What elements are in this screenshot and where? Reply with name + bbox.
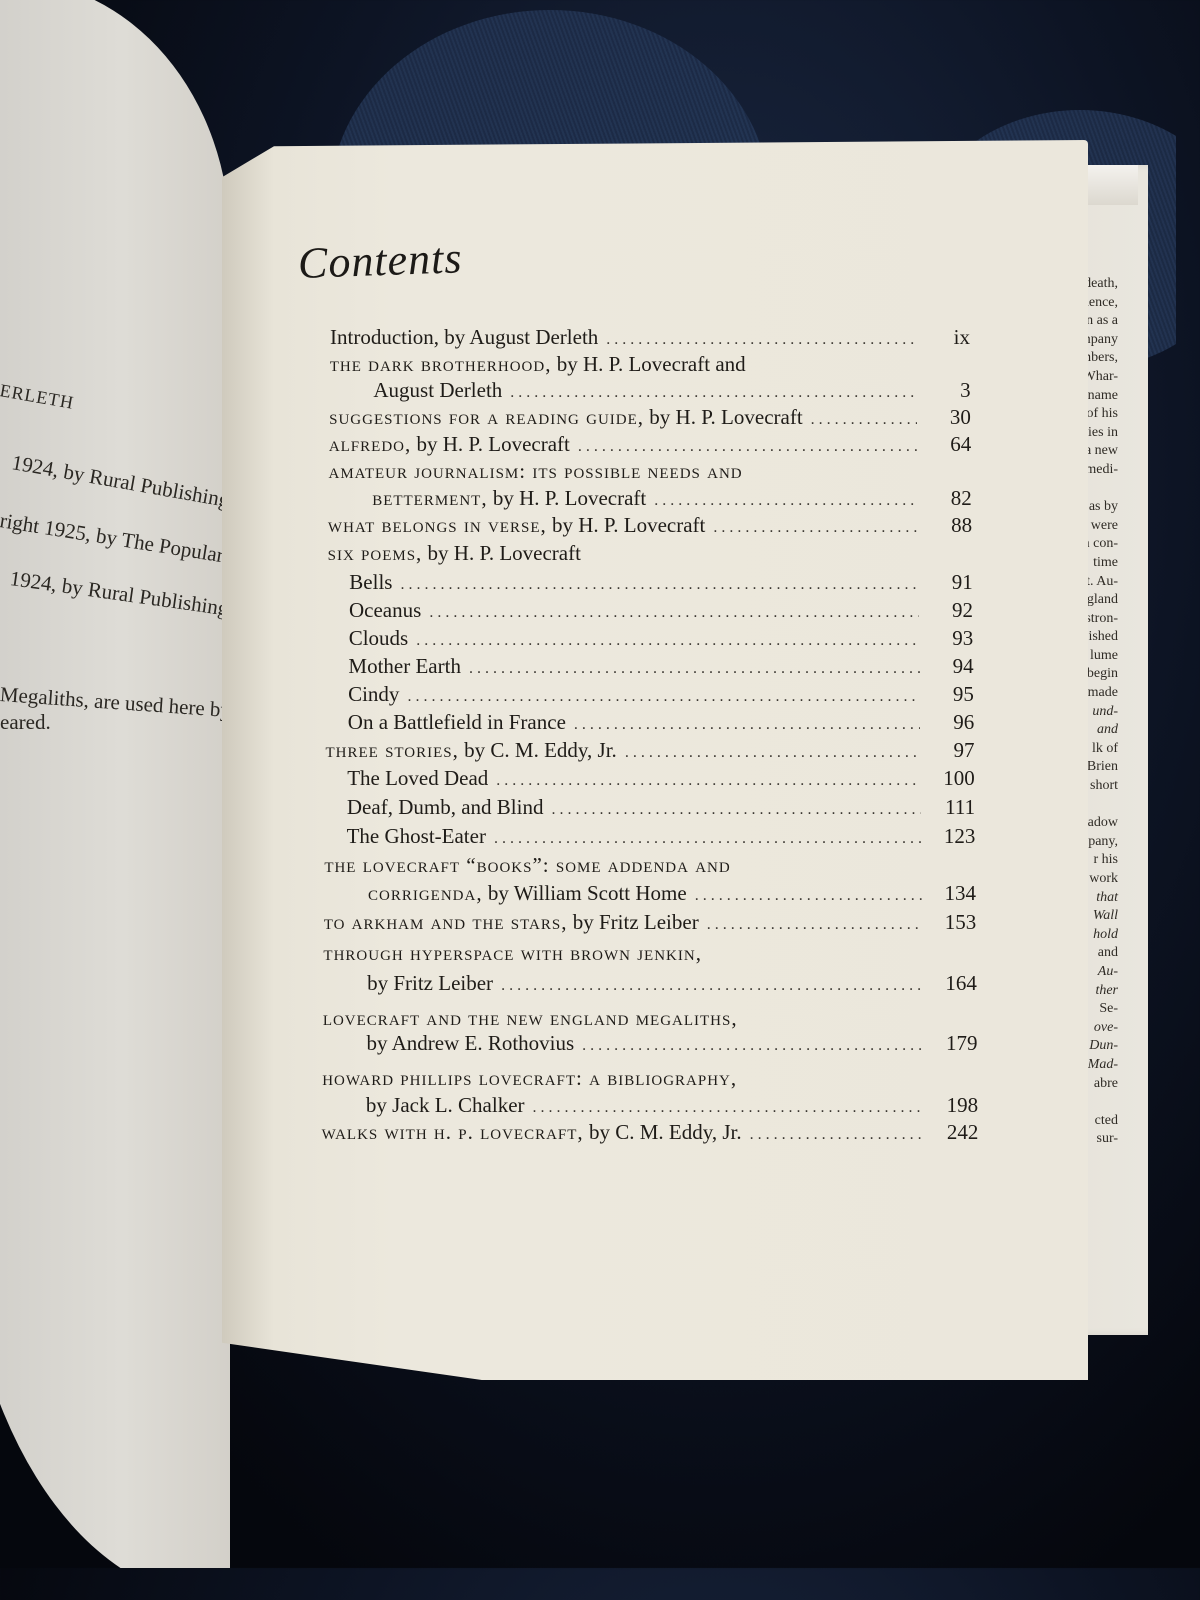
page-number: 153	[930, 910, 976, 935]
left-page-line: right 1925, by The Popular	[0, 508, 226, 568]
toc-entry: betterment, by H. P. Lovecraft82	[372, 486, 972, 511]
dot-leader	[496, 772, 920, 790]
dot-leader	[416, 632, 919, 650]
left-page-line: 1924, by Rural Publishing	[10, 450, 230, 513]
dot-leader	[574, 716, 920, 734]
toc-entry-title: suggestions for a reading guide,	[329, 405, 644, 430]
toc-entry: by Jack L. Chalker198	[366, 1093, 978, 1118]
toc-entry-title: to arkham and the stars,	[324, 910, 568, 935]
dot-leader	[606, 331, 916, 349]
page-number: 82	[926, 486, 972, 511]
dot-leader	[695, 887, 922, 905]
toc-entry-author: by H. P. Lovecraft	[422, 541, 581, 566]
toc-entry: to arkham and the stars, by Fritz Leiber…	[324, 910, 977, 935]
dot-leader	[407, 688, 919, 706]
toc-entry-title: Mother Earth	[348, 654, 461, 679]
dot-leader	[429, 604, 919, 622]
toc-entry-author: by Fritz Leiber	[568, 910, 699, 935]
toc-entry-title: the lovecraft “books”: some addenda and	[324, 853, 730, 878]
dot-leader	[578, 438, 917, 456]
toc-entry: amateur journalism: its possible needs a…	[329, 459, 972, 484]
page-number: 64	[925, 432, 971, 457]
page-number: 92	[927, 598, 973, 623]
toc-entry: by Fritz Leiber164	[367, 971, 977, 996]
toc-entry-author: by H. P. Lovecraft	[547, 513, 706, 538]
toc-entry-title: betterment,	[372, 486, 487, 511]
toc-entry: The Loved Dead100	[347, 766, 975, 791]
page-number: ix	[924, 325, 970, 350]
page-number: 100	[929, 766, 975, 791]
toc-entry-title: corrigenda,	[368, 881, 483, 906]
page-number: 242	[932, 1120, 978, 1145]
left-page: ERLETH 1924, by Rural Publishing right 1…	[0, 0, 230, 1568]
dot-leader	[654, 492, 918, 510]
toc-entry: Deaf, Dumb, and Blind111	[347, 795, 975, 820]
toc-entry-title: six poems,	[328, 541, 423, 566]
dot-leader	[494, 830, 921, 848]
toc-entry-title: Oceanus	[349, 598, 421, 623]
page-number: 91	[927, 570, 973, 595]
toc-entry-title: The Ghost-Eater	[347, 824, 486, 849]
dot-leader	[533, 1099, 925, 1117]
toc-entry-title: by Fritz Leiber	[367, 971, 493, 996]
left-page-line: eared.	[0, 710, 51, 735]
page-number: 96	[928, 710, 974, 735]
toc-entry: On a Battlefield in France96	[348, 710, 974, 735]
dot-leader	[713, 519, 918, 537]
page-number: 164	[931, 971, 977, 996]
toc-entry: suggestions for a reading guide, by H. P…	[329, 405, 971, 430]
toc-entry: howard phillips lovecraft: a bibliograph…	[322, 1066, 978, 1091]
toc-entry-title: the dark brotherhood,	[330, 352, 552, 377]
dot-leader	[510, 384, 916, 402]
toc-entry-title: On a Battlefield in France	[348, 710, 566, 735]
toc-entry: Introduction, by August Derlethix	[330, 325, 970, 350]
page-number: 97	[929, 738, 975, 763]
page-number: 134	[930, 881, 976, 906]
dot-leader	[501, 977, 923, 995]
toc-entry: the lovecraft “books”: some addenda and	[324, 853, 975, 878]
toc-entry: Clouds93	[349, 626, 974, 651]
toc-entry: alfredo, by H. P. Lovecraft64	[329, 432, 971, 457]
toc-entry-title: by Jack L. Chalker	[366, 1093, 525, 1118]
toc-entry-title: The Loved Dead	[347, 766, 488, 791]
toc-entry: six poems, by H. P. Lovecraft	[328, 541, 973, 566]
dot-leader	[707, 916, 923, 934]
dot-leader	[582, 1037, 923, 1055]
page-number: 88	[926, 513, 972, 538]
toc-entry: through hyperspace with brown jenkin,	[323, 941, 976, 966]
toc-entry-title: Bells	[349, 570, 392, 595]
left-page-line: 1924, by Rural Publishing	[8, 566, 230, 621]
toc-entry-title: lovecraft and the new england megaliths,	[323, 1006, 738, 1031]
toc-entry-title: by Andrew E. Rothovius	[367, 1031, 575, 1056]
toc-entry: August Derleth3	[373, 378, 970, 403]
left-page-line: ERLETH	[0, 380, 76, 414]
dot-leader	[551, 801, 921, 819]
toc-entry-title: howard phillips lovecraft: a bibliograph…	[322, 1066, 737, 1091]
page-number: 30	[925, 405, 971, 430]
toc-entry: three stories, by C. M. Eddy, Jr.97	[326, 738, 975, 763]
toc-entry-title: alfredo,	[329, 432, 411, 457]
page-number: 3	[925, 378, 971, 403]
toc-entry-title: through hyperspace with brown jenkin,	[323, 941, 702, 966]
toc-entry-author: by H. P. Lovecraft	[488, 486, 647, 511]
toc-entry: corrigenda, by William Scott Home134	[368, 881, 976, 906]
toc-entry: by Andrew E. Rothovius179	[367, 1031, 978, 1056]
toc-entry: walks with h. p. lovecraft, by C. M. Edd…	[322, 1120, 979, 1145]
toc-entry: what belongs in verse, by H. P. Lovecraf…	[328, 513, 972, 538]
page-title: Contents	[297, 232, 463, 289]
dot-leader	[625, 744, 921, 762]
toc-entry-author: by William Scott Home	[483, 881, 687, 906]
page-number: 179	[932, 1031, 978, 1056]
toc-entry: Mother Earth94	[348, 654, 973, 679]
page-number: 111	[929, 795, 975, 820]
toc-entry-title: walks with h. p. lovecraft,	[322, 1120, 584, 1145]
toc-entry: lovecraft and the new england megaliths,	[323, 1006, 977, 1031]
toc-entry: the dark brotherhood, by H. P. Lovecraft…	[330, 352, 971, 377]
toc-entry-author: by H. P. Lovecraft	[411, 432, 570, 457]
dot-leader	[400, 576, 918, 594]
toc-entry-title: what belongs in verse,	[328, 513, 547, 538]
toc-entry: Bells91	[349, 570, 972, 595]
toc-entry-author: by H. P. Lovecraft	[644, 405, 803, 430]
page-number: 93	[927, 626, 973, 651]
page-number: 94	[928, 654, 974, 679]
dot-leader	[469, 660, 920, 678]
toc-entry-title: Introduction, by August Derleth	[330, 325, 598, 350]
toc-entry: The Ghost-Eater123	[347, 824, 976, 849]
page-number: 198	[932, 1093, 978, 1118]
dot-leader	[750, 1126, 925, 1144]
toc-entry-author: by C. M. Eddy, Jr.	[584, 1120, 742, 1145]
toc-entry-title: three stories,	[326, 738, 459, 763]
toc-entry: Oceanus92	[349, 598, 973, 623]
toc-entry-author: by C. M. Eddy, Jr.	[459, 738, 617, 763]
toc-entry-title: August Derleth	[373, 378, 502, 403]
toc-entry-title: Cindy	[348, 682, 399, 707]
page-number: 95	[928, 682, 974, 707]
toc-entry-title: amateur journalism: its possible needs a…	[329, 459, 743, 484]
dot-leader	[811, 411, 917, 429]
toc-entry-title: Clouds	[349, 626, 409, 651]
toc-entry: Cindy95	[348, 682, 974, 707]
toc-entry-author: by H. P. Lovecraft and	[551, 352, 745, 377]
page-number: 123	[929, 824, 975, 849]
toc-entry-title: Deaf, Dumb, and Blind	[347, 795, 544, 820]
